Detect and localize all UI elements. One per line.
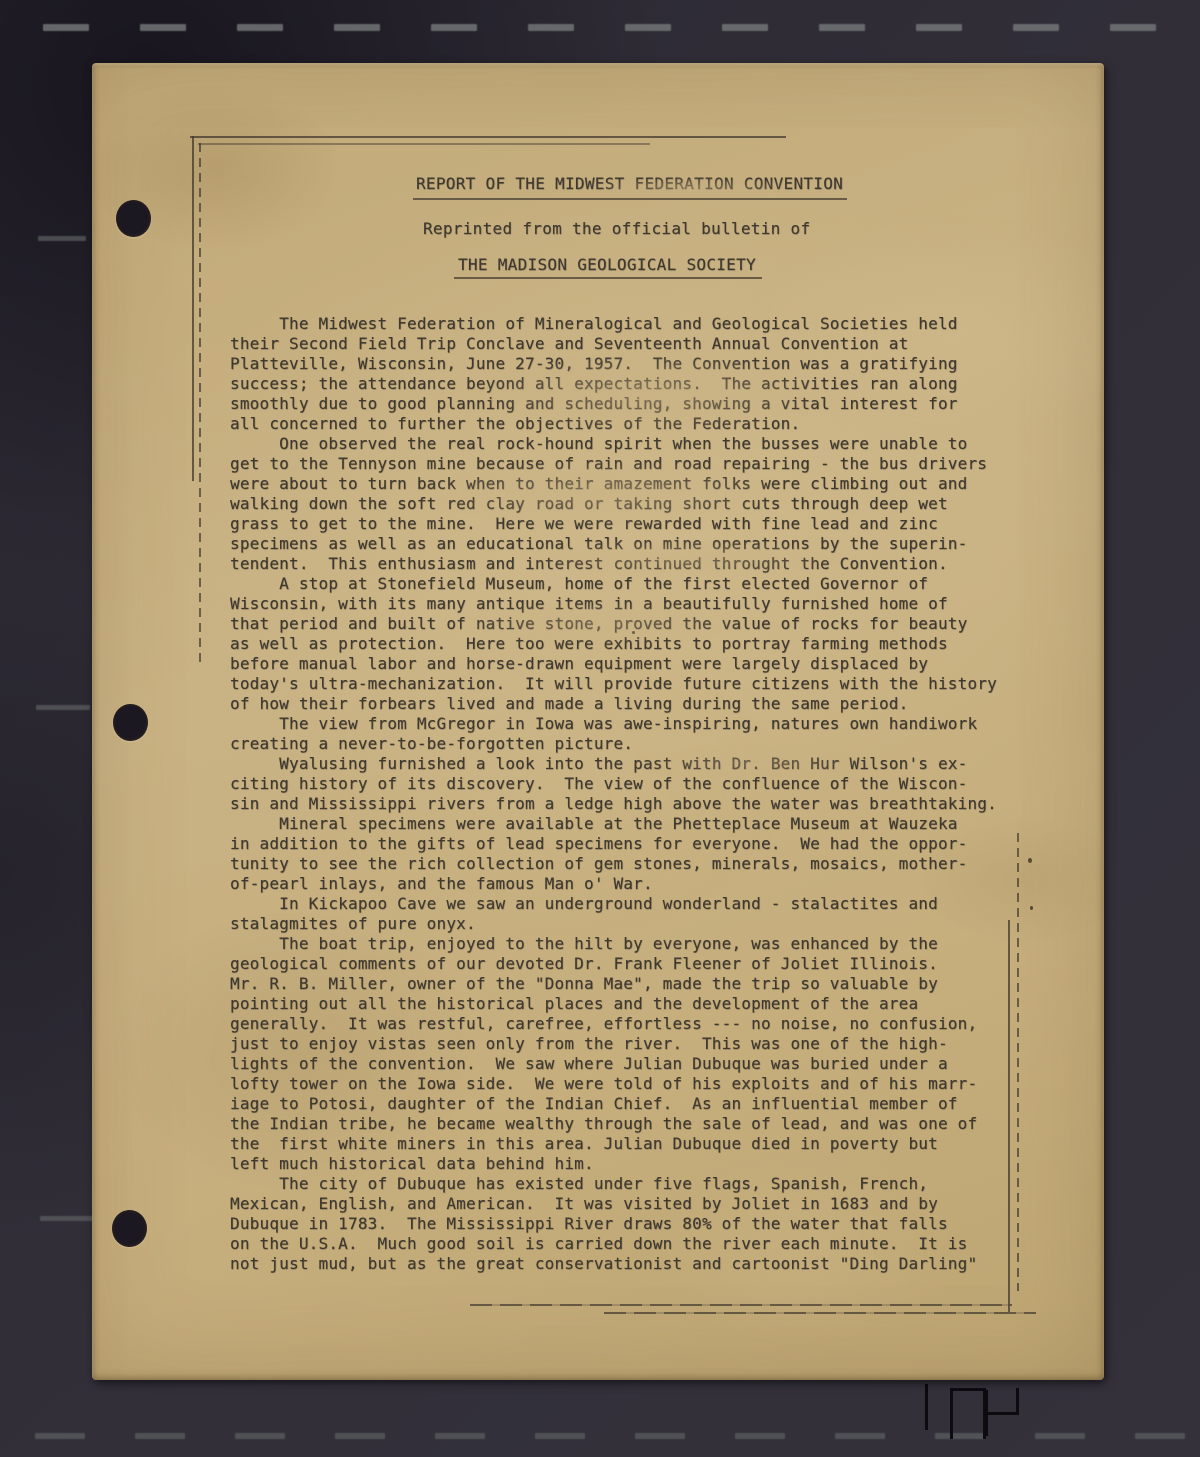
film-edge-dash <box>135 1433 185 1439</box>
film-edge-dash <box>722 24 768 31</box>
society-name: THE MADISON GEOLOGICAL SOCIETY <box>458 255 756 274</box>
paper-speck <box>1028 858 1032 863</box>
border-top-line-2 <box>198 143 650 145</box>
microfilm-scan-background: REPORT OF THE MIDWEST FEDERATION CONVENT… <box>0 0 1200 1457</box>
film-edge-dash <box>528 24 574 31</box>
film-edge-dash <box>1035 1433 1085 1439</box>
film-edge-dash <box>1135 1433 1185 1439</box>
film-edge-dash <box>1013 24 1059 31</box>
hole-punch <box>116 200 151 237</box>
film-edge-dash <box>235 1433 285 1439</box>
border-left-line-2 <box>199 143 201 663</box>
film-edge-dash <box>140 24 186 31</box>
border-left-line <box>192 136 194 481</box>
film-edge-dash <box>916 24 962 31</box>
film-frame-mark <box>925 1384 928 1430</box>
document-body: The Midwest Federation of Mineralogical … <box>230 314 997 1274</box>
film-edge-dash <box>237 24 283 31</box>
film-edge-dash <box>535 1433 585 1439</box>
document-title: REPORT OF THE MIDWEST FEDERATION CONVENT… <box>416 174 843 193</box>
film-frame-mark <box>986 1412 1019 1415</box>
film-edge-dash <box>334 24 380 31</box>
film-edge-dash <box>625 24 671 31</box>
film-edge-dash <box>35 1433 85 1439</box>
title-underline <box>413 198 847 200</box>
film-edge-dash <box>635 1433 685 1439</box>
film-edge-dash <box>38 236 86 241</box>
film-edge-dash <box>819 24 865 31</box>
border-right-line-2 <box>1008 920 1010 1312</box>
film-edge-dash <box>335 1433 385 1439</box>
society-underline <box>454 277 762 279</box>
hole-punch <box>112 1210 147 1247</box>
film-edge-dash <box>435 1433 485 1439</box>
film-edge-dash <box>735 1433 785 1439</box>
border-top-line <box>190 136 786 138</box>
film-edge-dash <box>43 24 89 31</box>
hole-punch <box>113 704 148 741</box>
border-right-line <box>1017 833 1019 1291</box>
paper-speck <box>1030 906 1033 910</box>
film-edge-dash <box>1110 24 1156 31</box>
document-subtitle: Reprinted from the official bulletin of <box>423 219 810 238</box>
document-page: REPORT OF THE MIDWEST FEDERATION CONVENT… <box>92 63 1104 1380</box>
paper-speck <box>632 631 635 634</box>
film-edge-dash <box>431 24 477 31</box>
film-edge-dash <box>36 705 90 710</box>
film-frame-mark <box>950 1388 986 1439</box>
border-bottom-line-2 <box>604 1312 1036 1314</box>
film-frame-mark <box>1016 1388 1019 1415</box>
border-bottom-line <box>470 1304 1012 1306</box>
film-edge-dash <box>835 1433 885 1439</box>
